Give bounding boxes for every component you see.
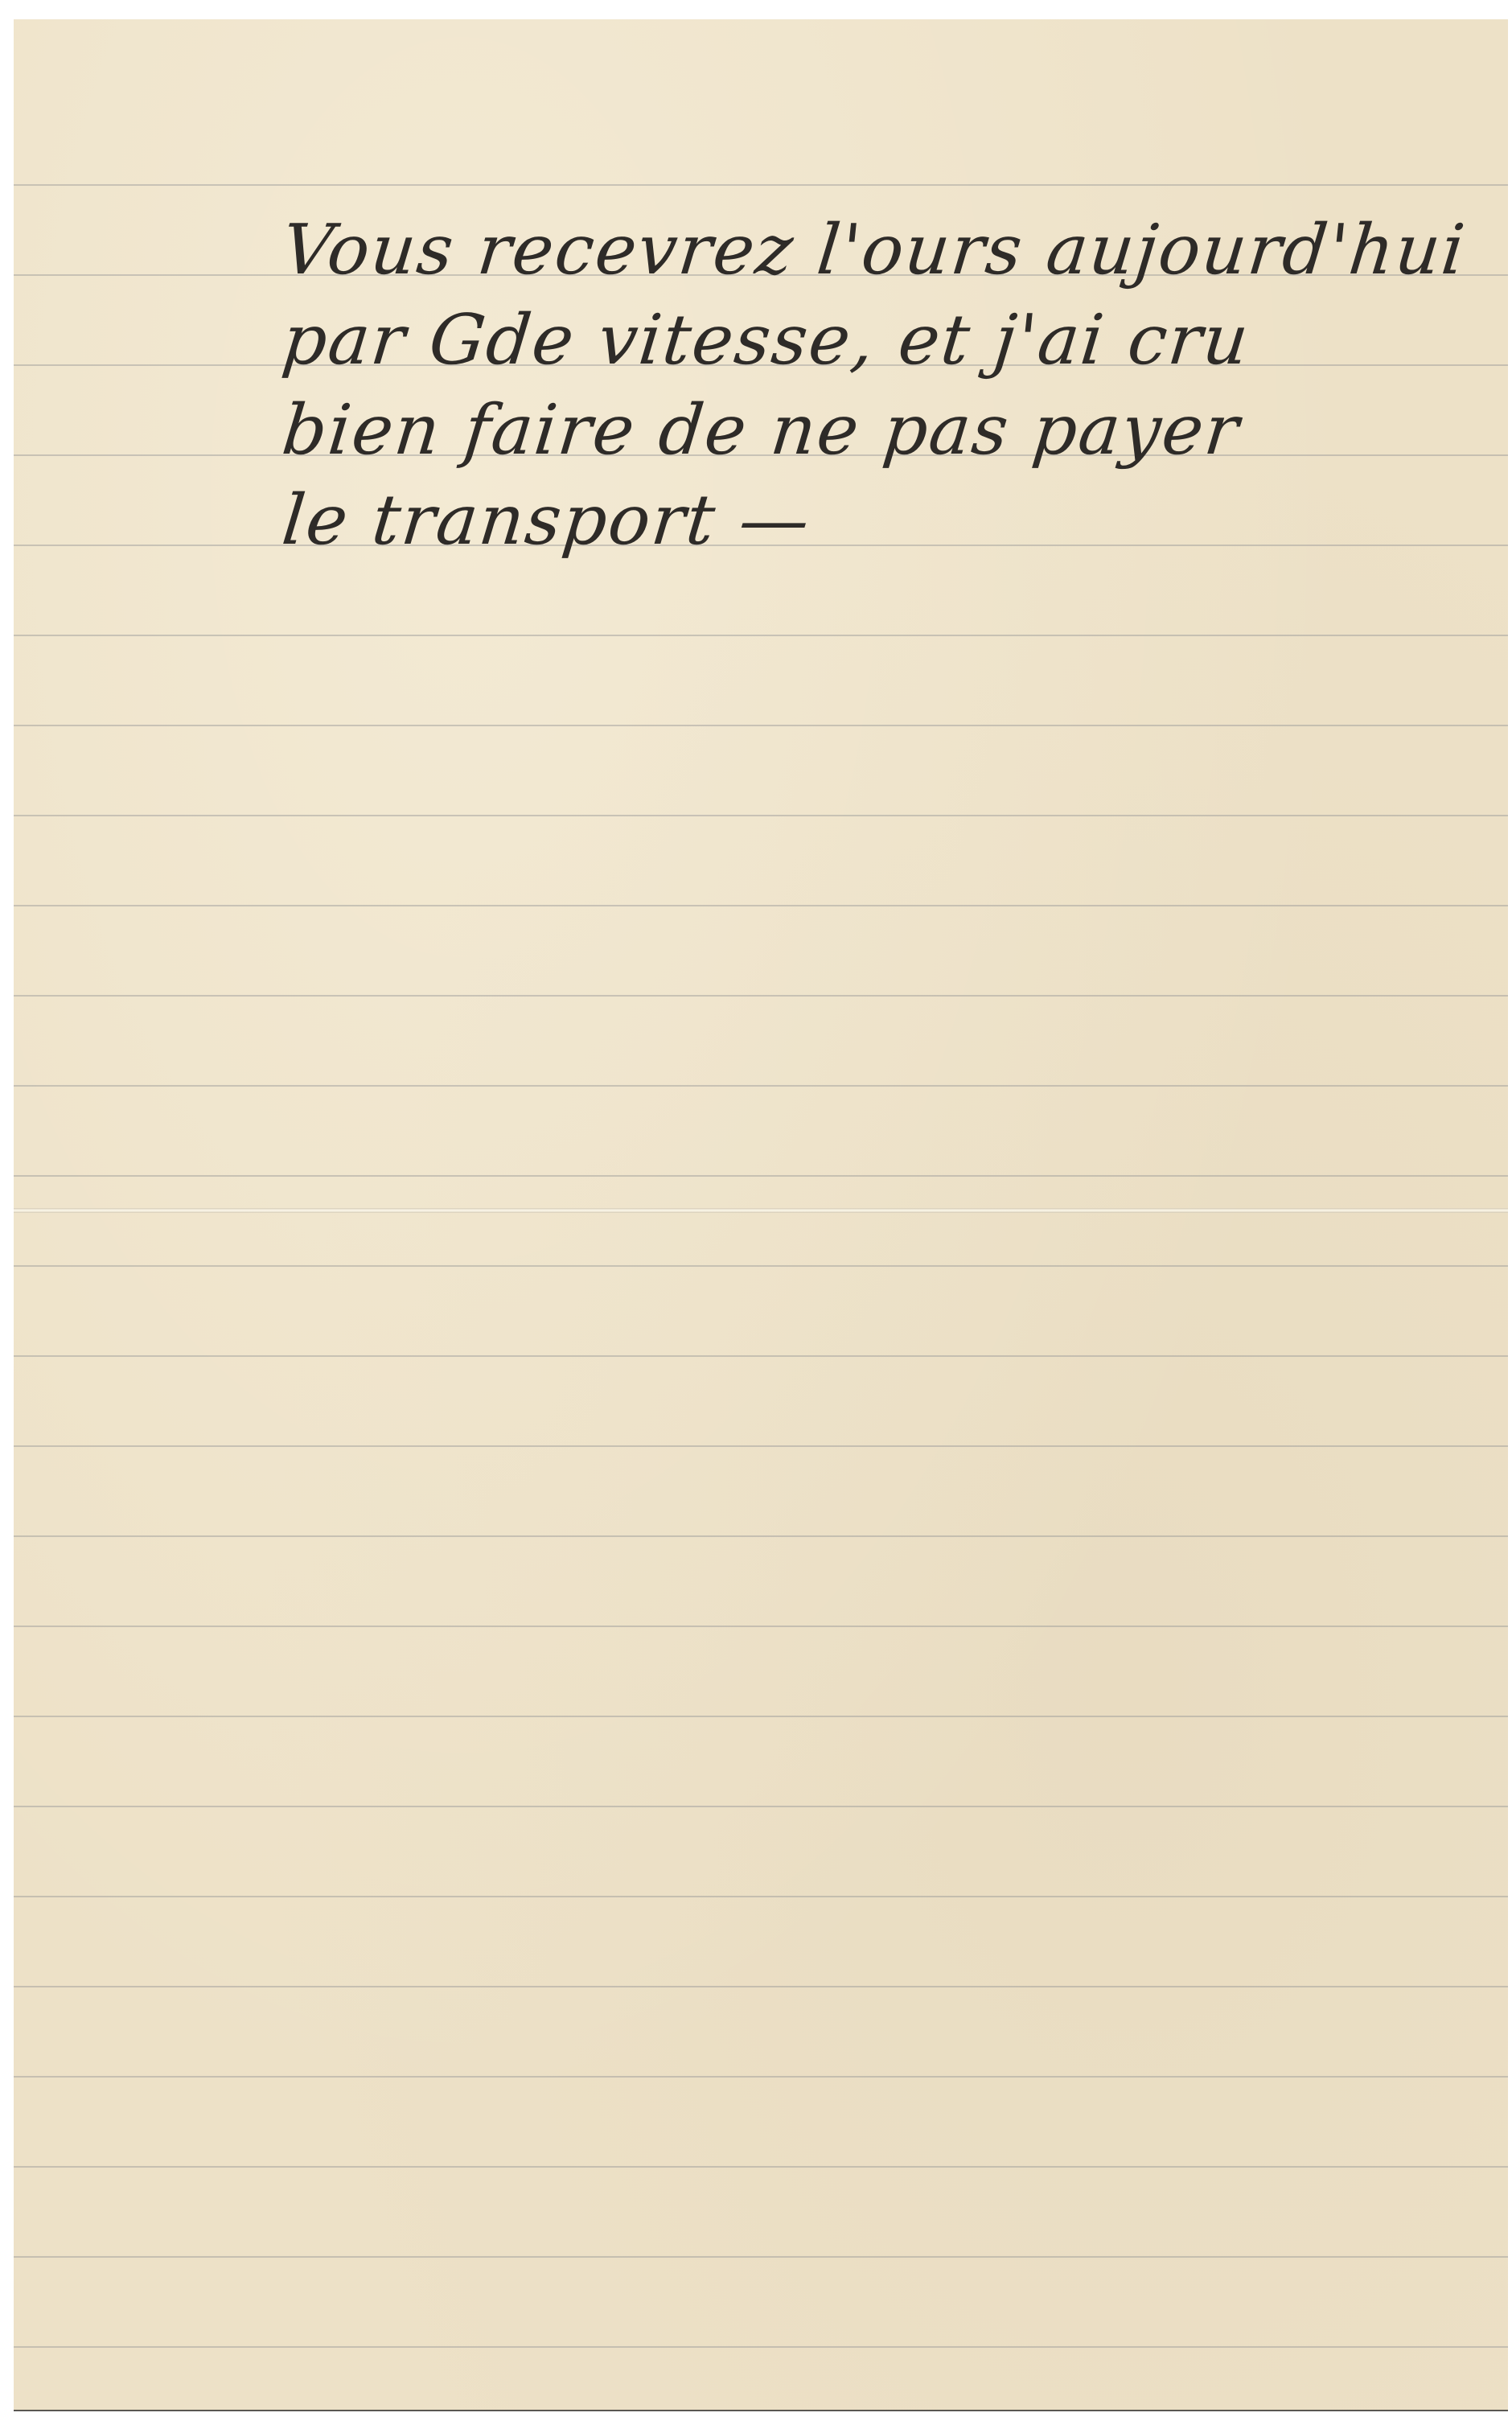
ruled-line: [14, 1806, 1508, 1807]
ruled-line: [14, 2166, 1508, 2168]
paper-fold-crease: [14, 1208, 1508, 1213]
handwritten-line-2: par Gde vitesse, et j'ai cru: [279, 306, 1253, 375]
ruled-line: [14, 1265, 1508, 1267]
ruled-line: [14, 1896, 1508, 1897]
ruled-line: [14, 815, 1508, 816]
handwritten-line-3: bien faire de ne pas payer: [279, 396, 1243, 465]
ruled-line: [14, 2076, 1508, 2078]
ruled-line: [14, 1535, 1508, 1537]
ruled-line: [14, 1175, 1508, 1177]
handwritten-line-1: Vous recevrez l'ours aujourd'hui: [279, 216, 1469, 285]
ruled-line: [14, 725, 1508, 726]
ruled-line: [14, 1355, 1508, 1357]
letter-page: Vous recevrez l'ours aujourd'hui par Gde…: [14, 19, 1508, 2410]
ruled-line: [14, 1716, 1508, 1717]
ruled-line: [14, 635, 1508, 636]
ruled-line: [14, 2346, 1508, 2348]
ruled-line: [14, 995, 1508, 997]
ruled-line: [14, 905, 1508, 906]
ruled-line: [14, 1626, 1508, 1627]
handwritten-line-4: le transport —: [279, 486, 814, 555]
ruled-line: [14, 1986, 1508, 1987]
ruled-line: [14, 1445, 1508, 1447]
ruled-line: [14, 1085, 1508, 1087]
ruled-line: [14, 2256, 1508, 2258]
ruled-line: [14, 184, 1508, 186]
